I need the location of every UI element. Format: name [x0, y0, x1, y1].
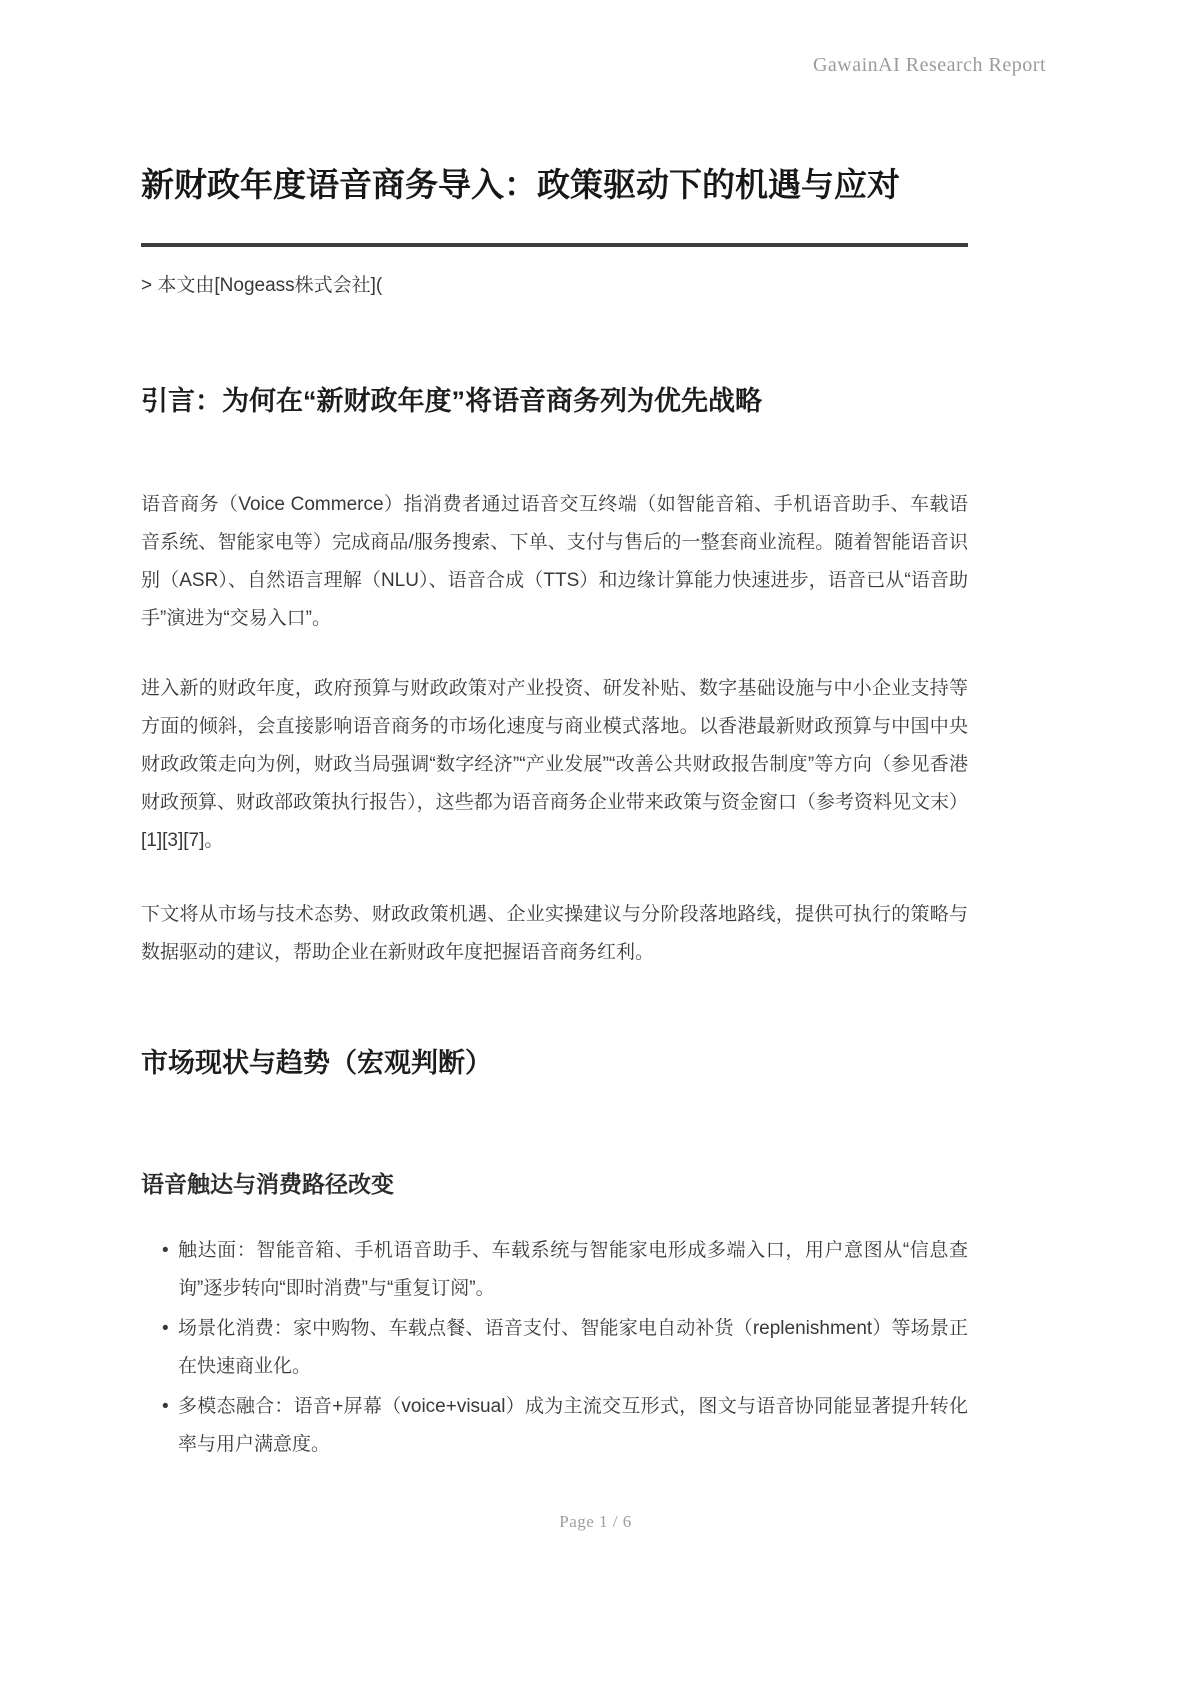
list-item: • 触达面：智能音箱、手机语音助手、车载系统与智能家电形成多端入口，用户意图从“… — [178, 1232, 968, 1308]
byline-text: > 本文由[Nogeass株式会社]( — [141, 271, 968, 301]
title-divider — [141, 243, 968, 247]
running-header-label: GawainAI Research Report — [813, 54, 1046, 77]
list-item-text: 触达面：智能音箱、手机语音助手、车载系统与智能家电形成多端入口，用户意图从“信息… — [178, 1240, 968, 1299]
bullet-list: • 触达面：智能音箱、手机语音助手、车载系统与智能家电形成多端入口，用户意图从“… — [141, 1232, 968, 1466]
section-heading-introduction: 引言：为何在“新财政年度”将语音商务列为优先战略 — [141, 382, 968, 420]
bullet-marker: • — [162, 1310, 169, 1348]
list-item: • 场景化消费：家中购物、车载点餐、语音支付、智能家电自动补货（replenis… — [178, 1310, 968, 1386]
intro-paragraph-3: 下文将从市场与技术态势、财政政策机遇、企业实操建议与分阶段落地路线，提供可执行的… — [141, 896, 968, 972]
intro-paragraph-2: 进入新的财政年度，政府预算与财政政策对产业投资、研发补贴、数字基础设施与中小企业… — [141, 670, 968, 860]
list-item-text: 场景化消费：家中购物、车载点餐、语音支付、智能家电自动补货（replenishm… — [178, 1318, 968, 1377]
list-item: • 多模态融合：语音+屏幕（voice+visual）成为主流交互形式，图文与语… — [178, 1388, 968, 1464]
bullet-marker: • — [162, 1232, 169, 1270]
page-number: Page 1 / 6 — [0, 1512, 1191, 1532]
subsection-heading-voice-reach: 语音触达与消费路径改变 — [141, 1168, 968, 1200]
document-page: GawainAI Research Report 新财政年度语音商务导入：政策驱… — [0, 0, 1191, 1684]
bullet-marker: • — [162, 1388, 169, 1426]
list-item-text: 多模态融合：语音+屏幕（voice+visual）成为主流交互形式，图文与语音协… — [178, 1396, 968, 1455]
section-heading-market-trends: 市场现状与趋势（宏观判断） — [141, 1044, 968, 1082]
intro-paragraph-1: 语音商务（Voice Commerce）指消费者通过语音交互终端（如智能音箱、手… — [141, 486, 968, 638]
document-title: 新财政年度语音商务导入：政策驱动下的机遇与应对 — [141, 162, 968, 208]
